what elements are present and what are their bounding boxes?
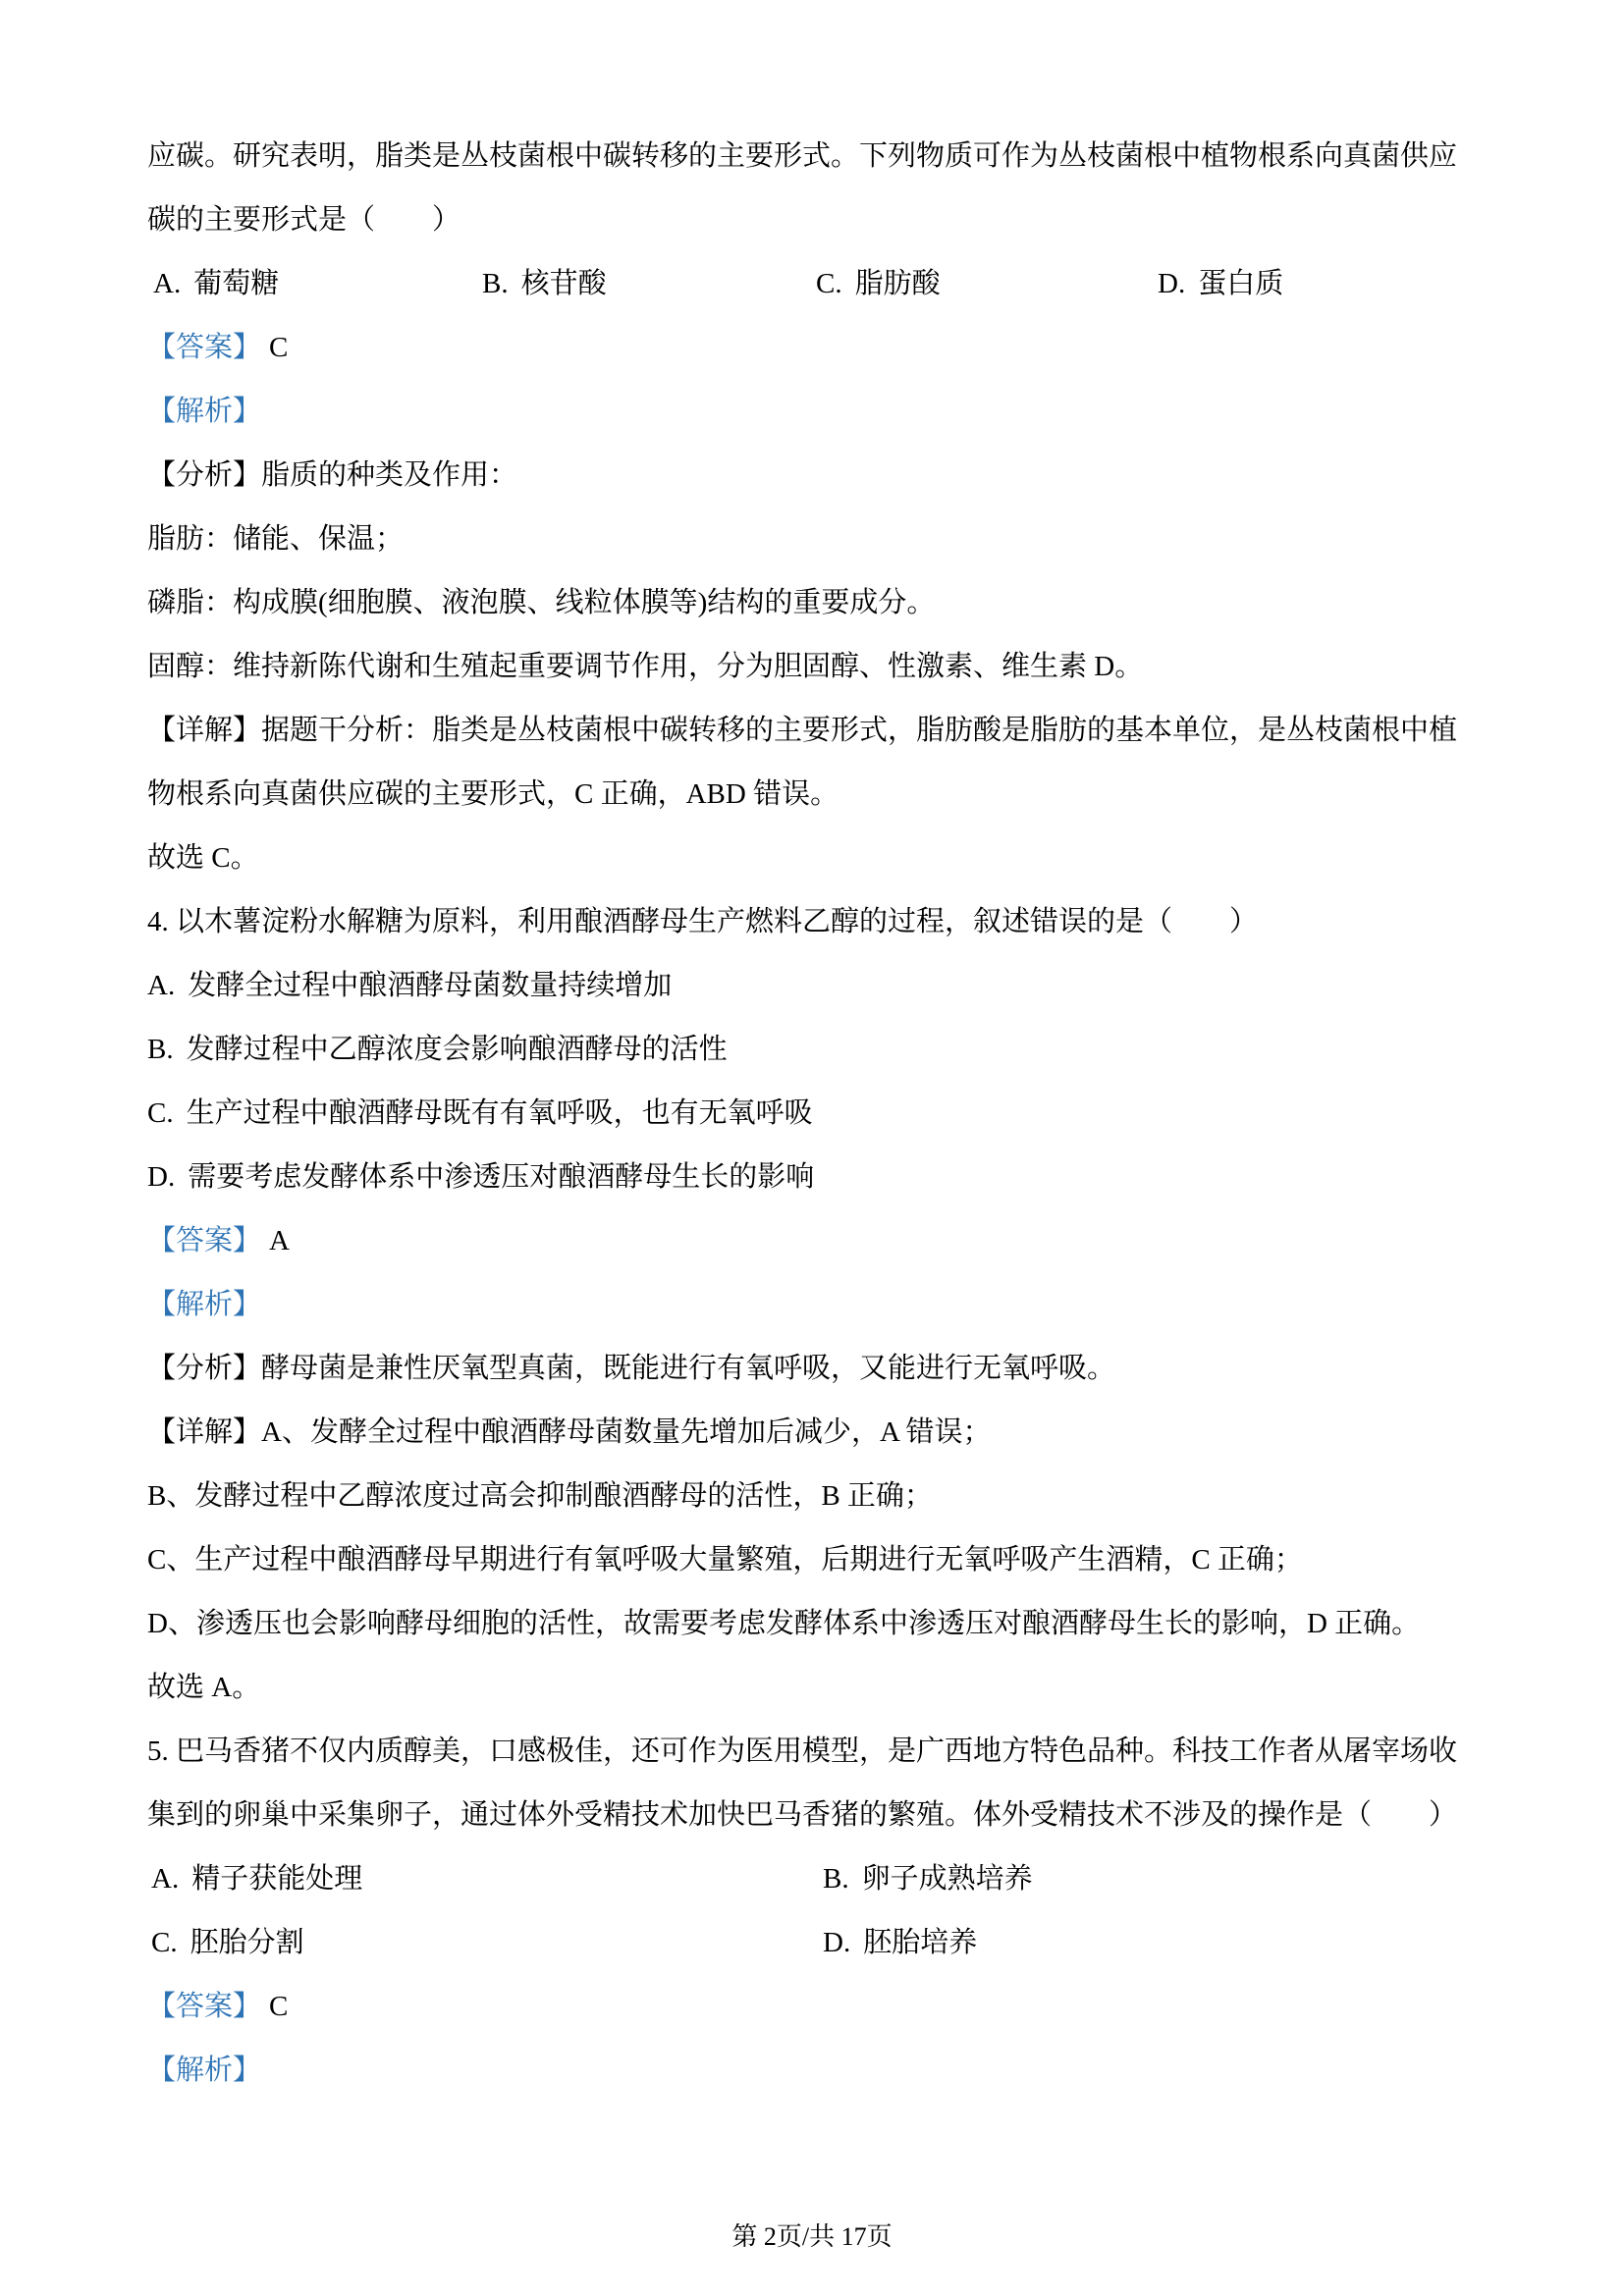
q5-stem-line-1: 5. 巴马香猪不仅内质醇美，口感极佳，还可作为医用模型，是广西地方特色品种。科技… (147, 1720, 1522, 1784)
q4-option-d-text: 需要考虑发酵体系中渗透压对酿酒酵母生长的影响 (188, 1161, 814, 1193)
q5-option-c-text: 胚胎分割 (190, 1927, 304, 1958)
q3-analysis-line-1: 【分析】脂质的种类及作用： (147, 444, 1522, 507)
q4-answer-value: A (269, 1225, 290, 1256)
q3-answer-value: C (269, 332, 288, 363)
q5-option-c-label: C. (151, 1927, 178, 1958)
q4-analysis-heading: 【解析】 (147, 1273, 1522, 1337)
q3-option-b-text: 核苷酸 (521, 268, 607, 299)
q3-answer-line: 【答案】C (147, 316, 1522, 380)
q4-option-b-text: 发酵过程中乙醇浓度会影响酿酒酵母的活性 (187, 1034, 728, 1065)
q3-option-a-text: 葡萄糖 (193, 268, 279, 299)
q4-option-a-text: 发酵全过程中酿酒酵母菌数量持续增加 (188, 970, 672, 1001)
q4-conclusion: 故选 A。 (147, 1656, 1522, 1720)
q3-detail-line-2: 物根系向真菌供应碳的主要形式，C 正确，ABD 错误。 (147, 763, 1522, 827)
q4-option-a-label: A. (147, 970, 175, 1001)
document-page: 应碳。研究表明，脂类是丛枝菌根中碳转移的主要形式。下列物质可作为丛枝菌根中植物根… (147, 125, 1522, 2103)
q5-option-c: C.胚胎分割 (151, 1911, 823, 1975)
q3-option-d-label: D. (1158, 268, 1185, 299)
q3-option-a: A.葡萄糖 (153, 252, 482, 316)
q4-detail-line-1: 【详解】A、发酵全过程中酿酒酵母菌数量先增加后减少，A 错误； (147, 1401, 1522, 1465)
q3-analysis-line-3: 磷脂：构成膜(细胞膜、液泡膜、线粒体膜等)结构的重要成分。 (147, 571, 1522, 635)
q5-option-d: D.胚胎培养 (823, 1911, 977, 1975)
q3-analysis-line-2: 脂肪：储能、保温； (147, 507, 1522, 571)
q5-options-row-1: A.精子获能处理B.卵子成熟培养 (147, 1847, 1522, 1911)
q4-option-c-label: C. (147, 1097, 174, 1129)
q5-option-d-text: 胚胎培养 (863, 1927, 977, 1958)
q5-option-a-label: A. (151, 1863, 179, 1895)
q3-options-row: A.葡萄糖B.核苷酸C.脂肪酸D.蛋白质 (147, 252, 1522, 316)
q5-analysis-heading: 【解析】 (147, 2039, 1522, 2103)
q5-option-b: B.卵子成熟培养 (823, 1847, 1033, 1911)
q3-option-d-text: 蛋白质 (1198, 268, 1283, 299)
q4-answer-line: 【答案】A (147, 1209, 1522, 1273)
q4-stem: 4. 以木薯淀粉水解糖为原料，利用酿酒酵母生产燃料乙醇的过程，叙述错误的是（ ） (147, 890, 1522, 954)
q4-answer-label: 【答案】 (147, 1225, 261, 1256)
q4-option-a: A.发酵全过程中酿酒酵母菌数量持续增加 (147, 954, 1522, 1018)
q4-detail-line-3: C、生产过程中酿酒酵母早期进行有氧呼吸大量繁殖，后期进行无氧呼吸产生酒精，C 正… (147, 1528, 1522, 1592)
q3-option-c-label: C. (816, 268, 842, 299)
q3-option-b: B.核苷酸 (482, 252, 816, 316)
q5-option-b-text: 卵子成熟培养 (862, 1863, 1033, 1895)
q3-option-b-label: B. (482, 268, 509, 299)
q4-option-d: D.需要考虑发酵体系中渗透压对酿酒酵母生长的影响 (147, 1146, 1522, 1209)
q3-option-c-text: 脂肪酸 (855, 268, 941, 299)
q3-stem-line-2: 碳的主要形式是（ ） (147, 188, 1522, 252)
q3-stem-line-1: 应碳。研究表明，脂类是丛枝菌根中碳转移的主要形式。下列物质可作为丛枝菌根中植物根… (147, 125, 1522, 188)
q5-option-d-label: D. (823, 1927, 850, 1958)
q4-option-b-label: B. (147, 1034, 174, 1065)
q4-option-b: B.发酵过程中乙醇浓度会影响酿酒酵母的活性 (147, 1018, 1522, 1082)
q5-options-row-2: C.胚胎分割D.胚胎培养 (147, 1911, 1522, 1975)
q5-option-a: A.精子获能处理 (151, 1847, 823, 1911)
q3-detail-line-1: 【详解】据题干分析：脂类是丛枝菌根中碳转移的主要形式，脂肪酸是脂肪的基本单位，是… (147, 699, 1522, 763)
q5-answer-line: 【答案】C (147, 1975, 1522, 2039)
q3-option-d: D.蛋白质 (1158, 252, 1283, 316)
q3-conclusion: 故选 C。 (147, 827, 1522, 890)
q4-option-d-label: D. (147, 1161, 175, 1193)
q3-analysis-line-4: 固醇：维持新陈代谢和生殖起重要调节作用，分为胆固醇、性激素、维生素 D。 (147, 635, 1522, 699)
q3-option-c: C.脂肪酸 (816, 252, 1158, 316)
q4-detail-line-2: B、发酵过程中乙醇浓度过高会抑制酿酒酵母的活性，B 正确； (147, 1465, 1522, 1528)
page-number: 第 2页/共 17页 (0, 2220, 1624, 2254)
q5-answer-value: C (269, 1991, 288, 2022)
q3-answer-label: 【答案】 (147, 332, 261, 363)
q4-option-c-text: 生产过程中酿酒酵母既有有氧呼吸，也有无氧呼吸 (187, 1097, 813, 1129)
q4-analysis-line-1: 【分析】酵母菌是兼性厌氧型真菌，既能进行有氧呼吸，又能进行无氧呼吸。 (147, 1337, 1522, 1401)
q5-option-b-label: B. (823, 1863, 849, 1895)
q4-detail-line-4: D、渗透压也会影响酵母细胞的活性，故需要考虑发酵体系中渗透压对酿酒酵母生长的影响… (147, 1592, 1522, 1656)
q3-analysis-heading: 【解析】 (147, 380, 1522, 444)
q5-stem-line-2: 集到的卵巢中采集卵子，通过体外受精技术加快巴马香猪的繁殖。体外受精技术不涉及的操… (147, 1784, 1522, 1847)
q5-answer-label: 【答案】 (147, 1991, 261, 2022)
q5-option-a-text: 精子获能处理 (191, 1863, 362, 1895)
q3-option-a-label: A. (153, 268, 181, 299)
q4-option-c: C.生产过程中酿酒酵母既有有氧呼吸，也有无氧呼吸 (147, 1082, 1522, 1146)
